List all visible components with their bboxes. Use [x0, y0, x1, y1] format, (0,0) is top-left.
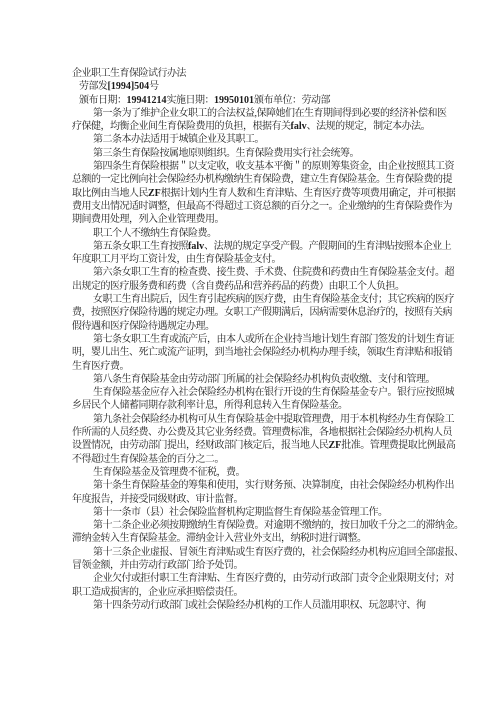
text-line: 第二条本办法适用于城镇企业及其职工。 [93, 133, 500, 146]
text-line: 出规定的医疗服务费和药费（含自费药品和营养药品的药费）由职工个人负担。 [72, 280, 500, 293]
text-line: 生育保险基金及管理费不征税，费。 [93, 466, 500, 479]
document-body: 企业职工生育保险试行办法劳部发[1994]504号颁布日期：19941214实施… [72, 67, 500, 612]
text-line: 第七条女职工生育或流产后，由本人或所在企业持当地计划生育部门签发的计划生育证 [93, 333, 500, 346]
text-line: 总额的一定比例向社会保险经办机构缴纳生育保险费，建立生育保险基金。生育保险费的提 [72, 173, 500, 186]
text-line: 第十三条企业虚报、冒领生育津贴或生育医疗费的，社会保险经办机构应追回全部虚报、 [93, 546, 500, 559]
text-line: 第十四条劳动行政部门或社会保险经办机构的工作人员滥用职权、玩忽职守、徇 [93, 599, 500, 612]
text-line: 第六条女职工生育的检查费、接生费、手术费、住院费和药费由生育保险基金支付。超 [93, 266, 500, 279]
text-line: 冒领金额，并由劳动行政部门给予处罚。 [72, 559, 500, 572]
text-line: 设置情况，由劳动部门提出，经财政部门核定后，报当地人民ZF批准。管理费提取比例最… [72, 439, 500, 452]
text-line: 乡居民个人储蓄同期存款利率计息，所得利息转入生育保险基金。 [72, 399, 500, 412]
text-line: 假待遇和医疗保险待遇规定办理。 [72, 320, 500, 333]
text-line: 费，按照医疗保险待遇的规定办理。女职工产假期满后，因病需要休息治疗的，按照有关病 [72, 306, 500, 319]
document-page: 企业职工生育保险试行办法劳部发[1994]504号颁布日期：19941214实施… [0, 0, 500, 707]
text-line: 第九条社会保险经办机构可从生育保险基金中提取管理费，用于本机构经办生育保险工 [93, 413, 500, 426]
text-line: 企业欠付或拒付职工生育津贴、生育医疗费的，由劳动行政部门责令企业限期支付；对 [93, 572, 500, 585]
document-title-line: 企业职工生育保险试行办法 [72, 67, 500, 80]
text-line: 第八条生育保险基金由劳动部门所属的社会保险经办机构负责收缴、支付和管理。 [93, 373, 500, 386]
text-line: 不得超过生育保险基金的百分之二。 [72, 453, 500, 466]
text-line: 颁布日期：19941214实施日期：19950101颁布单位：劳动部 [79, 94, 500, 107]
text-line: 第三条生育保险按属地原则组织。生育保险费用实行社会统筹。 [93, 147, 500, 160]
text-line: 第十一条市（县）社会保险监督机构定期监督生育保险基金管理工作。 [93, 506, 500, 519]
text-line: 第一条为了维护企业女职工的合法权益,保障她们在生育期间得到必要的经济补偿和医 [93, 107, 500, 120]
text-line: 疗保健，均衡企业间生育保险费用的负担，根据有关falv、法规的规定，制定本办法。 [72, 120, 500, 133]
text-line: 第十条生育保险基金的筹集和使用，实行财务预、决算制度，由社会保险经办机构作出 [93, 479, 500, 492]
text-line: 第四条生育保险根据＂以支定收，收支基本平衡＂的原则筹集资金，由企业按照其工资 [93, 160, 500, 173]
text-line: 女职工生育出院后，因生育引起疾病的医疗费，由生育保险基金支付；其它疾病的医疗 [93, 293, 500, 306]
text-line: 第五条女职工生育按照falv、法规的规定享受产假。产假期间的生育津贴按照本企业上 [93, 240, 500, 253]
text-line: 年度报告，并接受同级财政、审计监督。 [72, 493, 500, 506]
text-line: 职工造成损害的，企业应承担赔偿责任。 [72, 586, 500, 599]
text-line: 取比例由当地人民ZF根据计划内生育人数和生育津贴、生育医疗费等项费用确定，并可根… [72, 187, 500, 200]
text-line: 费用支出情况适时调整，但最高不得超过工资总额的百分之一。企业缴纳的生育保险费作为 [72, 200, 500, 213]
text-line: 明，婴儿出生、死亡或流产证明，到当地社会保险经办机构办理手续，领取生育津贴和报销 [72, 346, 500, 359]
text-line: 作所需的人员经费、办公费及其它业务经费。管理费标准，各地根据社会保险经办机构人员 [72, 426, 500, 439]
text-line: 职工个人不缴纳生育保险费。 [93, 227, 500, 240]
text-line: 第十二条企业必须按期缴纳生育保险费。对逾期不缴纳的，按日加收千分之二的滞纳金。 [93, 519, 500, 532]
text-line: 期间费用处理，列入企业管理费用。 [72, 213, 500, 226]
text-line: 劳部发[1994]504号 [79, 80, 500, 93]
text-line: 年度职工月平均工资计发，由生育保险基金支付。 [72, 253, 500, 266]
text-line: 滞纳金转入生育保险基金。滞纳金计入营业外支出，纳税时进行调整。 [72, 532, 500, 545]
text-line: 生育医疗费。 [72, 360, 500, 373]
text-line: 生育保险基金应存入社会保险经办机构在银行开设的生育保险基金专户。银行应按照城 [93, 386, 500, 399]
